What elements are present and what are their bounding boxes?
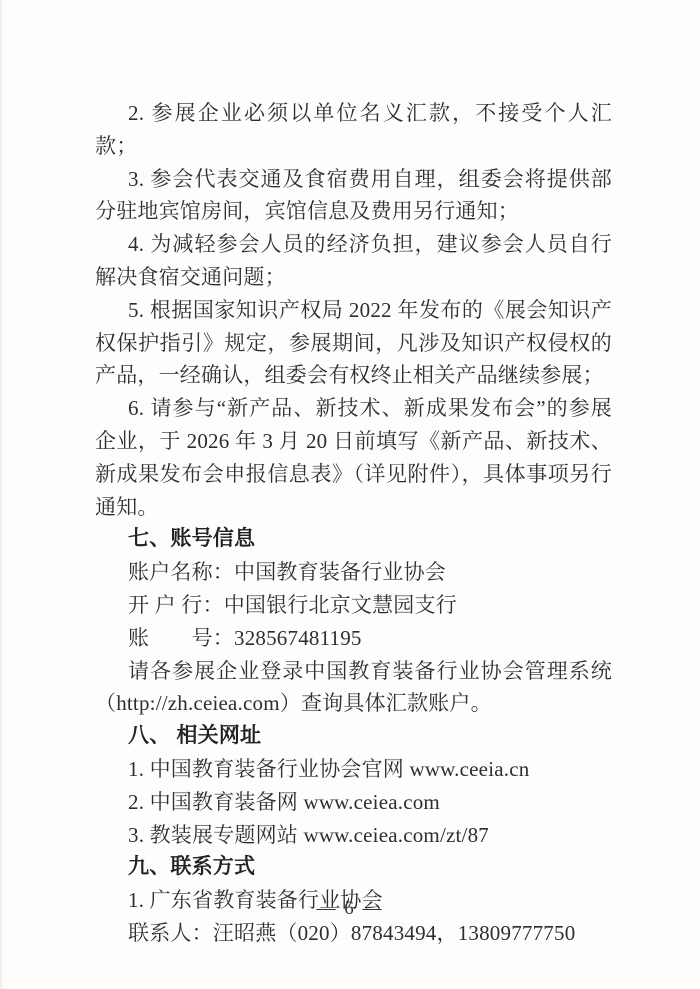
document-page: 2. 参展企业必须以单位名义汇款，不接受个人汇款； 3. 参会代表交通及食宿费用…: [0, 0, 700, 989]
line-contact-person: 联系人：汪昭燕（020）87843494，13809777750: [95, 917, 612, 950]
para-6-new-product-launch: 6. 请参与“新产品、新技术、新成果发布会”的参展企业，于 2026 年 3 月…: [95, 392, 612, 523]
line-website-expo-special: 3. 教装展专题网站 www.ceiea.com/zt/87: [95, 819, 612, 852]
para-5-ip-protection: 5. 根据国家知识产权局 2022 年发布的《展会知识产权保护指引》规定，参展期…: [95, 294, 612, 392]
line-bank-branch: 开 户 行：中国银行北京文慧园支行: [95, 589, 612, 622]
document-body: 2. 参展企业必须以单位名义汇款，不接受个人汇款； 3. 参会代表交通及食宿费用…: [95, 97, 612, 950]
heading-7-account-info: 七、账号信息: [95, 523, 612, 556]
line-account-name: 账户名称：中国教育装备行业协会: [95, 556, 612, 589]
line-website-association: 1. 中国教育装备行业协会官网 www.ceeia.cn: [95, 753, 612, 786]
page-number: — 6 —: [0, 898, 700, 920]
para-4-economic-burden: 4. 为减轻参会人员的经济负担，建议参会人员自行解决食宿交通问题；: [95, 228, 612, 294]
heading-8-related-websites: 八、 相关网址: [95, 720, 612, 753]
line-account-number: 账 号：328567481195: [95, 622, 612, 655]
line-website-equipment-net: 2. 中国教育装备网 www.ceiea.com: [95, 786, 612, 819]
para-3-travel-lodging: 3. 参会代表交通及食宿费用自理，组委会将提供部分驻地宾馆房间，宾馆信息及费用另…: [95, 163, 612, 229]
para-2-remittance: 2. 参展企业必须以单位名义汇款，不接受个人汇款；: [95, 97, 612, 163]
para-management-system: 请各参展企业登录中国教育装备行业协会管理系统（http://zh.ceiea.c…: [95, 655, 612, 721]
heading-9-contact-info: 九、联系方式: [95, 851, 612, 884]
